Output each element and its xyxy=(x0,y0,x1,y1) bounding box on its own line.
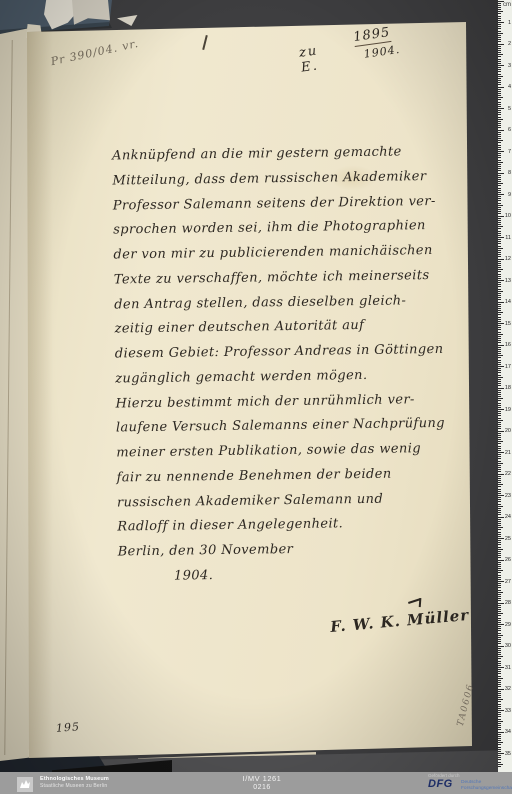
ruler-tick xyxy=(498,605,501,606)
ruler-tick xyxy=(498,357,501,358)
ruler-tick xyxy=(498,596,501,597)
ruler-tick xyxy=(498,701,501,702)
ruler-tick xyxy=(498,121,501,122)
ruler-tick xyxy=(498,747,501,748)
ruler-tick xyxy=(498,482,501,483)
ruler-tick xyxy=(498,450,501,451)
ruler-tick xyxy=(498,46,501,47)
ruler-tick xyxy=(498,63,501,64)
ruler-tick xyxy=(498,155,501,156)
ruler-tick xyxy=(498,20,501,21)
ruler-tick xyxy=(498,458,501,459)
ruler-tick xyxy=(498,396,501,397)
ruler-unit-label: cm xyxy=(503,2,511,8)
ruler-tick xyxy=(498,91,501,92)
ruler-tick xyxy=(498,317,501,318)
ruler-tick xyxy=(498,729,501,730)
ruler-tick xyxy=(498,390,501,391)
ruler-tick xyxy=(498,26,501,27)
ruler-tick xyxy=(498,160,501,161)
footer-bar: Ethnologisches Museum Staatliche Museen … xyxy=(0,772,512,794)
ruler-tick xyxy=(498,527,503,528)
ruler-tick xyxy=(498,415,501,416)
ruler-tick xyxy=(498,732,504,733)
ruler-tick xyxy=(498,437,501,438)
ruler-tick xyxy=(498,493,501,494)
ruler-tick xyxy=(498,370,501,371)
ruler-number: 29 xyxy=(505,622,511,628)
ruler-tick xyxy=(498,162,503,163)
ruler-tick xyxy=(498,506,503,507)
ruler-tick xyxy=(498,106,501,107)
ruler-tick xyxy=(498,364,501,365)
ruler-tick xyxy=(498,336,501,337)
ruler-tick xyxy=(498,626,501,627)
ruler-tick xyxy=(498,138,501,139)
ruler-number: 17 xyxy=(505,364,511,370)
ruler-tick xyxy=(498,665,501,666)
ruler-tick xyxy=(498,345,504,346)
ruler-tick xyxy=(498,566,501,567)
ruler-tick xyxy=(498,52,501,53)
ruler-tick xyxy=(498,424,501,425)
ruler-tick xyxy=(498,699,503,700)
ruler-tick xyxy=(498,560,504,561)
ruler-tick xyxy=(498,237,504,238)
ruler-tick xyxy=(498,557,501,558)
ruler-tick xyxy=(498,727,501,728)
ruler-tick xyxy=(498,598,501,599)
ruler-tick xyxy=(498,56,501,57)
ruler-tick xyxy=(498,435,501,436)
ruler-tick xyxy=(498,267,501,268)
ruler-tick xyxy=(498,153,501,154)
archival-photo: Pr 390/04. vr. zu E. 1895 1904. Anknüpfe… xyxy=(0,0,512,794)
museum-name: Ethnologisches Museum xyxy=(40,776,109,782)
ruler-tick xyxy=(498,134,501,135)
ruler-tick xyxy=(498,742,503,743)
ruler-tick xyxy=(498,512,501,513)
ruler-tick xyxy=(498,712,501,713)
ruler-tick xyxy=(498,532,501,533)
ruler-tick xyxy=(498,510,501,511)
ruler-tick xyxy=(498,592,503,593)
ruler-tick xyxy=(498,93,501,94)
ruler-tick xyxy=(498,615,501,616)
ruler-tick xyxy=(498,734,501,735)
ruler-tick xyxy=(498,323,504,324)
ruler-tick xyxy=(498,114,501,115)
ruler-tick xyxy=(498,190,501,191)
ruler-tick xyxy=(498,671,501,672)
ruler-tick xyxy=(498,334,503,335)
ruler-tick xyxy=(498,555,501,556)
ruler-tick xyxy=(498,549,503,550)
ruler-tick xyxy=(498,594,501,595)
ruler-tick xyxy=(498,338,501,339)
ruler-tick xyxy=(498,587,501,588)
ruler-tick xyxy=(498,280,504,281)
ruler-tick xyxy=(498,740,501,741)
ruler-number: 18 xyxy=(505,385,511,391)
ruler-tick xyxy=(498,108,504,109)
ruler-tick xyxy=(498,613,503,614)
ruler-tick xyxy=(498,342,501,343)
ruler-tick xyxy=(498,693,501,694)
ruler-tick xyxy=(498,297,501,298)
ruler-tick xyxy=(498,59,501,60)
ruler-tick xyxy=(498,179,501,180)
ruler-tick xyxy=(498,233,501,234)
ruler-tick xyxy=(498,697,501,698)
ruler-number: 9 xyxy=(508,192,511,198)
ruler-tick xyxy=(498,648,501,649)
ruler-number: 2 xyxy=(508,41,511,47)
ruler-tick xyxy=(498,28,501,29)
ruler-tick xyxy=(498,583,501,584)
ruler-tick xyxy=(498,575,501,576)
ruler-tick xyxy=(498,658,501,659)
ruler-tick xyxy=(498,241,501,242)
ruler-tick xyxy=(498,413,501,414)
ruler-tick xyxy=(498,147,501,148)
ruler-tick xyxy=(498,132,501,133)
ruler-tick xyxy=(498,633,501,634)
ruler-number: 21 xyxy=(505,450,511,456)
ruler-tick xyxy=(498,381,501,382)
ruler-tick xyxy=(498,366,504,367)
ruler-tick xyxy=(498,456,501,457)
ruler-tick xyxy=(498,24,501,25)
ruler-number: 27 xyxy=(505,579,511,585)
dfg-logo: DFG xyxy=(428,778,453,790)
ruler-tick xyxy=(498,209,501,210)
ruler-tick xyxy=(498,69,501,70)
ruler-tick xyxy=(498,452,504,453)
ruler-tick xyxy=(498,609,501,610)
ruler-tick xyxy=(498,607,501,608)
ruler-tick xyxy=(498,755,501,756)
ruler-tick xyxy=(498,37,501,38)
ruler-tick xyxy=(498,216,504,217)
ruler-tick xyxy=(498,226,503,227)
ruler-tick xyxy=(498,235,501,236)
ruler-tick xyxy=(498,497,501,498)
ruler-number: 22 xyxy=(505,471,511,477)
ruler-tick xyxy=(498,327,501,328)
ruler-tick xyxy=(498,673,501,674)
ruler-tick xyxy=(498,82,501,83)
ruler-tick xyxy=(498,603,504,604)
ruler-tick xyxy=(498,682,501,683)
ruler-tick xyxy=(498,744,501,745)
ruler-tick xyxy=(498,13,501,14)
ruler-tick xyxy=(498,757,501,758)
ruler-tick xyxy=(498,104,501,105)
ruler-tick xyxy=(498,243,501,244)
ruler-tick xyxy=(498,314,501,315)
ruler-tick xyxy=(498,192,501,193)
ruler-number: 32 xyxy=(505,686,511,692)
ruler-tick xyxy=(498,544,501,545)
ruler-tick xyxy=(498,514,501,515)
ruler-tick xyxy=(498,405,501,406)
ruler-tick xyxy=(498,422,501,423)
ruler-tick xyxy=(498,719,501,720)
ruler-tick xyxy=(498,689,504,690)
ruler-tick xyxy=(498,624,504,625)
ruler-tick xyxy=(498,377,503,378)
ruler-tick xyxy=(498,641,501,642)
ruler-tick xyxy=(498,149,501,150)
ruler-tick xyxy=(498,529,501,530)
ruler-tick xyxy=(498,663,501,664)
ruler-number: 28 xyxy=(505,600,511,606)
ruler-tick xyxy=(498,669,501,670)
ruler-tick xyxy=(498,278,501,279)
ruler-number: 26 xyxy=(505,557,511,563)
ruler-tick xyxy=(498,7,501,8)
ruler-tick xyxy=(498,465,501,466)
ruler-number: 12 xyxy=(505,256,511,262)
ruler-tick xyxy=(498,577,501,578)
ruler-tick xyxy=(498,48,501,49)
ruler-tick xyxy=(498,521,501,522)
ruler-tick xyxy=(498,151,504,152)
ruler-tick xyxy=(498,467,501,468)
ruler-tick xyxy=(498,553,501,554)
ruler-tick xyxy=(498,65,504,66)
ruler-tick xyxy=(498,762,501,763)
ruler-tick xyxy=(498,71,501,72)
ruler-tick xyxy=(498,431,504,432)
ruler-tick xyxy=(498,177,501,178)
ruler-tick xyxy=(498,228,501,229)
ruler-tick xyxy=(498,723,501,724)
ruler-tick xyxy=(498,286,501,287)
ruler-tick xyxy=(498,33,503,34)
ruler-tick xyxy=(498,269,503,270)
ruler-tick xyxy=(498,347,501,348)
ruler-tick xyxy=(498,461,501,462)
ruler-tick xyxy=(498,368,501,369)
ruler-tick xyxy=(498,517,504,518)
ruler-number: 25 xyxy=(505,536,511,542)
ruler-tick xyxy=(498,433,501,434)
ruler-tick xyxy=(498,97,503,98)
ruler-tick xyxy=(498,353,501,354)
ruler-tick xyxy=(498,678,503,679)
ruler-tick xyxy=(498,231,501,232)
ruler-tick xyxy=(498,379,501,380)
ruler-tick xyxy=(498,127,501,128)
ruler-tick xyxy=(498,276,501,277)
ruler-tick xyxy=(498,426,501,427)
ruler-tick xyxy=(498,16,501,17)
ruler-tick xyxy=(498,637,501,638)
ruler-tick xyxy=(498,319,501,320)
ruler-tick xyxy=(498,411,501,412)
ruler-tick xyxy=(498,74,501,75)
ruler-tick xyxy=(498,259,504,260)
ruler-number: 24 xyxy=(505,514,511,520)
ruler-tick xyxy=(498,67,501,68)
ruler-tick xyxy=(498,198,501,199)
ruler-tick xyxy=(498,439,501,440)
ruler-tick xyxy=(498,486,501,487)
ruler-tick xyxy=(498,676,501,677)
ruler-tick xyxy=(498,196,501,197)
ruler-tick xyxy=(498,385,501,386)
ruler-tick xyxy=(498,306,501,307)
ruler-tick xyxy=(498,759,501,760)
ruler-tick xyxy=(498,375,501,376)
ruler-tick xyxy=(498,61,501,62)
ruler-tick xyxy=(498,329,501,330)
ruler-tick xyxy=(498,213,501,214)
ruler-tick xyxy=(498,321,501,322)
ruler-number: 3 xyxy=(508,63,511,69)
ruler-tick xyxy=(498,78,501,79)
ruler-tick xyxy=(498,220,501,221)
ruler-tick xyxy=(498,248,503,249)
ruler-tick xyxy=(498,407,501,408)
ruler-tick xyxy=(498,222,501,223)
ruler-tick xyxy=(498,463,503,464)
ruler-tick xyxy=(498,691,501,692)
ruler-tick xyxy=(498,420,503,421)
ruler-tick xyxy=(498,628,501,629)
ruler-tick xyxy=(498,499,501,500)
ruler-tick xyxy=(498,44,504,45)
ruler-tick xyxy=(498,254,501,255)
ruler-tick xyxy=(498,474,504,475)
ruler-tick xyxy=(498,194,504,195)
ruler-tick xyxy=(498,484,503,485)
ruler-tick xyxy=(498,721,503,722)
ruler-number: 5 xyxy=(508,106,511,112)
ruler-tick xyxy=(498,84,501,85)
photo-vignette xyxy=(0,0,512,794)
ruler-tick xyxy=(498,18,501,19)
ruler-tick xyxy=(498,480,501,481)
ruler-tick xyxy=(498,76,503,77)
ruler-number: 1 xyxy=(508,20,511,26)
ruler-number: 16 xyxy=(505,342,511,348)
ruler-tick xyxy=(498,600,501,601)
ruler-tick xyxy=(498,635,503,636)
ruler-tick xyxy=(498,102,501,103)
ruler-tick xyxy=(498,542,501,543)
ruler-tick xyxy=(498,54,503,55)
ruler-number: 35 xyxy=(505,751,511,757)
ruler-tick xyxy=(498,291,503,292)
scan-number: 0216 xyxy=(200,784,324,791)
ruler-tick xyxy=(498,620,501,621)
ruler-tick xyxy=(498,265,501,266)
ruler-tick xyxy=(498,443,501,444)
ruler-tick xyxy=(498,355,503,356)
ruler-tick xyxy=(498,630,501,631)
ruler-tick xyxy=(498,716,501,717)
ruler-tick xyxy=(498,274,501,275)
ruler-tick xyxy=(498,112,501,113)
ruler-tick xyxy=(498,501,501,502)
ruler-tick xyxy=(498,667,504,668)
ruler-tick xyxy=(498,753,504,754)
ruler-tick xyxy=(498,312,503,313)
ruler-tick xyxy=(498,403,501,404)
ruler-tick xyxy=(498,388,504,389)
ruler-tick xyxy=(498,340,501,341)
ruler-tick xyxy=(498,686,501,687)
ruler-tick xyxy=(498,89,501,90)
ruler-tick xyxy=(498,252,501,253)
ruler-tick xyxy=(498,123,501,124)
ruler-tick xyxy=(498,708,501,709)
ruler-number: 4 xyxy=(508,84,511,90)
ruler-tick xyxy=(498,572,501,573)
ruler-tick xyxy=(498,643,501,644)
ruler-tick xyxy=(498,5,501,6)
ruler-tick xyxy=(498,471,501,472)
ruler-tick xyxy=(498,568,501,569)
ruler-tick xyxy=(498,166,501,167)
ruler-tick xyxy=(498,35,501,36)
ruler-number: 30 xyxy=(505,643,511,649)
ruler-tick xyxy=(498,656,503,657)
ruler-tick xyxy=(498,585,501,586)
ruler-tick xyxy=(498,3,501,4)
ruler-number: 7 xyxy=(508,149,511,155)
ruler-tick xyxy=(498,400,501,401)
ruler-tick xyxy=(498,119,503,120)
inventory-reference: I/MV 1261 0216 xyxy=(200,774,324,791)
ruler-tick xyxy=(498,157,501,158)
ruler-tick xyxy=(498,50,501,51)
ruler-tick xyxy=(498,652,501,653)
ruler-tick xyxy=(498,9,501,10)
ruler-tick xyxy=(498,362,501,363)
ruler-tick xyxy=(498,325,501,326)
ruler-tick xyxy=(498,706,501,707)
ruler-tick xyxy=(498,441,503,442)
ruler-tick xyxy=(498,489,501,490)
ruler-tick xyxy=(498,1,504,2)
ruler-tick xyxy=(498,409,504,410)
ruler-tick xyxy=(498,618,501,619)
ruler-tick xyxy=(498,142,501,143)
ruler-tick xyxy=(498,684,501,685)
ruler-tick xyxy=(498,289,501,290)
ruler-tick xyxy=(498,523,501,524)
ruler-tick xyxy=(498,207,501,208)
ruler-tick xyxy=(498,476,501,477)
ruler-tick xyxy=(498,398,503,399)
ruler-tick xyxy=(498,764,503,765)
ruler-tick xyxy=(498,130,504,131)
museum-logo-icon xyxy=(17,777,33,792)
ruler-number: 10 xyxy=(505,213,511,219)
ruler-tick xyxy=(498,428,501,429)
ruler-tick xyxy=(498,117,501,118)
ruler-tick xyxy=(498,650,501,651)
ruler-tick xyxy=(498,725,501,726)
ruler-tick xyxy=(498,299,501,300)
ruler-tick xyxy=(498,639,501,640)
ruler-tick xyxy=(498,710,504,711)
ruler-tick xyxy=(498,383,501,384)
